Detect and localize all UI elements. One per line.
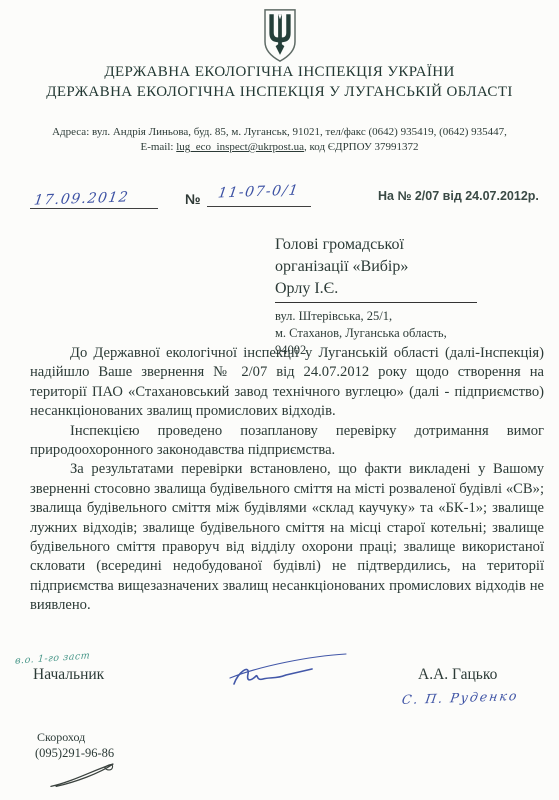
handwritten-acting-note: в.о. 1-го заст	[15, 650, 91, 666]
contact-block: Адреса: вул. Андрія Линьова, буд. 85, м.…	[0, 125, 559, 155]
body-paragraph-1: До Державної екологічної інспекції у Луг…	[30, 344, 544, 422]
reply-reference: На № 2/07 від 24.07.2012р.	[378, 189, 539, 203]
recipient-title-line1: Голові громадської	[275, 234, 477, 256]
org-name-national: ДЕРЖАВНА ЕКОЛОГІЧНА ІНСПЕКЦІЯ УКРАЇНИ	[0, 64, 559, 81]
executor-paraph	[44, 760, 122, 797]
number-sign-label: №	[185, 191, 201, 207]
recipient-title-line2: організації «Вибір»	[275, 256, 477, 278]
outgoing-number-field: №11-07-0/1	[185, 184, 311, 208]
paraph-stroke-icon	[44, 760, 122, 792]
recipient-street: вул. Штерівська, 25/1,	[275, 308, 477, 325]
email-label: E-mail:	[140, 141, 176, 153]
recipient-block: Голові громадської організації «Вибір» О…	[275, 234, 477, 359]
handwritten-date: 17.09.2012	[33, 189, 130, 208]
handwritten-signature	[220, 648, 350, 701]
trident-shield-icon	[258, 8, 301, 63]
executor-phone: (095)291-96-86	[35, 746, 114, 761]
letter-body: До Державної екологічної інспекції у Луг…	[30, 344, 544, 616]
executor-name: Скороход	[37, 730, 85, 745]
ukraine-emblem	[258, 8, 301, 68]
outgoing-date-field: 17.09.2012	[30, 184, 158, 209]
recipient-name: Орлу І.Є.	[275, 278, 477, 303]
handwritten-signer-name: С. П. Руденко	[401, 688, 520, 707]
address-line1: Адреса: вул. Андрія Линьова, буд. 85, м.…	[52, 126, 507, 138]
signature-stroke-icon	[220, 648, 350, 696]
signer-name: А.А. Гацько	[418, 666, 497, 684]
org-name-regional: ДЕРЖАВНА ЕКОЛОГІЧНА ІНСПЕКЦІЯ У ЛУГАНСЬК…	[0, 84, 559, 101]
email-address: lug_eco_inspect@ukrpost.ua	[176, 141, 304, 153]
body-paragraph-2: Інспекцією проведено позапланову перевір…	[30, 422, 544, 461]
scanned-letter-page: ДЕРЖАВНА ЕКОЛОГІЧНА ІНСПЕКЦІЯ УКРАЇНИ ДЕ…	[0, 0, 559, 800]
edrpou-code: , код ЄДРПОУ 37991372	[304, 141, 419, 153]
handwritten-number: 11-07-0/1	[217, 183, 300, 202]
recipient-city: м. Стаханов, Луганська область,	[275, 325, 477, 342]
body-paragraph-3: За результатами перевірки встановлено, щ…	[30, 460, 544, 615]
signer-position-title: Начальник	[33, 666, 104, 684]
